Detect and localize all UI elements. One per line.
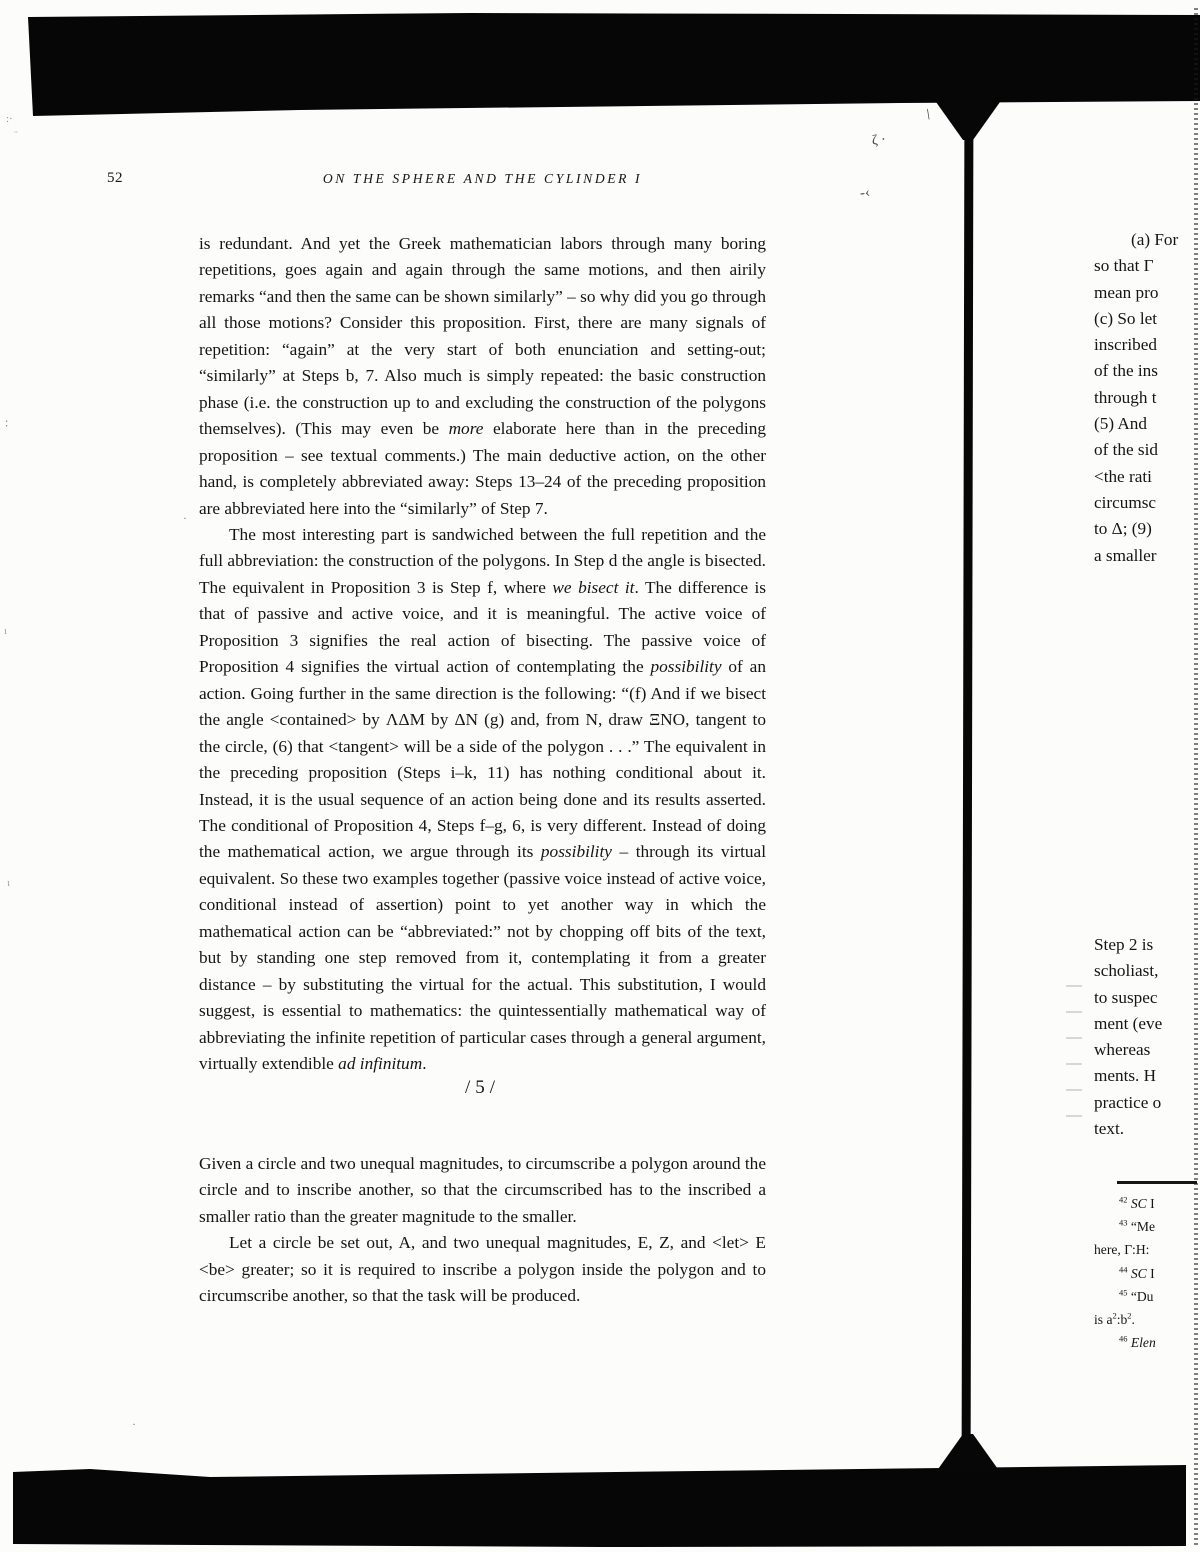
book-spine-shadow bbox=[962, 114, 974, 1470]
text-run: Given a circle and two unequal magnitude… bbox=[199, 1154, 766, 1226]
scan-black-bar-top bbox=[0, 0, 1200, 122]
text-run: Let a circle be set out, A, and two uneq… bbox=[199, 1233, 766, 1305]
text-line: inscribed bbox=[1094, 332, 1200, 358]
text-run: of an action. Going further in the same … bbox=[199, 657, 766, 861]
text-line: text. bbox=[1094, 1116, 1200, 1142]
text-line: mean pro bbox=[1094, 280, 1200, 306]
text-run: is redundant. And yet the Greek mathemat… bbox=[199, 234, 766, 438]
text-run: :b bbox=[1117, 1312, 1128, 1327]
text-run: I bbox=[1147, 1266, 1155, 1281]
italic-text-run: possibility bbox=[650, 657, 721, 676]
commentary-paragraph: The most interesting part is sandwiched … bbox=[199, 522, 766, 1078]
text-line: to Δ; (9) bbox=[1094, 516, 1200, 542]
scan-stray-mark: ¨ bbox=[14, 130, 18, 141]
text-line: 43 “Me bbox=[1094, 1215, 1200, 1238]
text-line: to suspec bbox=[1094, 985, 1200, 1011]
italic-text-run: ad infinitum bbox=[338, 1054, 422, 1073]
commentary-text-block: is redundant. And yet the Greek mathemat… bbox=[199, 231, 766, 1078]
scan-stray-mark: ı bbox=[4, 626, 7, 637]
book-spine-shadow-top-flare bbox=[936, 102, 1000, 140]
text-line: of the sid bbox=[1094, 437, 1200, 463]
text-line: (a) For bbox=[1094, 227, 1200, 253]
text-line: a smaller bbox=[1094, 543, 1200, 569]
italic-text-run: SC bbox=[1131, 1196, 1147, 1211]
running-header: ON THE SPHERE AND THE CYLINDER I bbox=[199, 171, 766, 187]
proposition-enunciation-paragraph: Given a circle and two unequal magnitude… bbox=[199, 1151, 766, 1230]
text-line: 45 “Du bbox=[1094, 1285, 1200, 1308]
facing-page-footnotes-fragment: 42 SC I43 “Mehere, Γ:H:44 SC I45 “Duis a… bbox=[1094, 1192, 1200, 1354]
text-run: . bbox=[1132, 1312, 1135, 1327]
scan-stray-mark: ζ · bbox=[871, 133, 886, 148]
scan-stray-mark: · bbox=[132, 1418, 136, 1430]
text-line: so that Γ bbox=[1094, 253, 1200, 279]
footnote-separator-rule bbox=[1117, 1181, 1197, 1184]
scanned-book-page: 52 ON THE SPHERE AND THE CYLINDER I is r… bbox=[0, 0, 1200, 1552]
text-line: 42 SC I bbox=[1094, 1192, 1200, 1215]
scan-stray-mark: \ bbox=[925, 108, 932, 123]
proposition-text-block: Given a circle and two unequal magnitude… bbox=[199, 1151, 766, 1310]
text-line: (5) And bbox=[1094, 411, 1200, 437]
italic-text-run: SC bbox=[1131, 1266, 1147, 1281]
text-line: is a2:b2. bbox=[1094, 1308, 1200, 1331]
page-number: 52 bbox=[107, 170, 123, 187]
italic-text-run: we bisect it bbox=[552, 578, 634, 597]
italic-text-run: possibility bbox=[541, 842, 612, 861]
scan-stray-mark: · bbox=[183, 512, 187, 524]
text-line: 44 SC I bbox=[1094, 1262, 1200, 1285]
text-line: 46 Elen bbox=[1094, 1331, 1200, 1354]
text-run: is a bbox=[1094, 1312, 1113, 1327]
scan-stray-mark: ∶ bbox=[5, 418, 8, 430]
italic-text-run: more bbox=[449, 419, 484, 438]
text-line: circumsc bbox=[1094, 490, 1200, 516]
text-run: “Me bbox=[1127, 1219, 1155, 1234]
text-run: I bbox=[1147, 1196, 1155, 1211]
text-line: ments. H bbox=[1094, 1063, 1200, 1089]
proposition-number-marker: /5/ bbox=[199, 1077, 766, 1099]
italic-text-run: Elen bbox=[1131, 1335, 1156, 1350]
text-run: – through its virtual equivalent. So the… bbox=[199, 842, 766, 1073]
text-line: practice o bbox=[1094, 1090, 1200, 1116]
text-line: through t bbox=[1094, 385, 1200, 411]
text-line: Step 2 is bbox=[1094, 932, 1200, 958]
text-line: ment (eve bbox=[1094, 1011, 1200, 1037]
facing-page-lower-fragment: Step 2 isscholiast,to suspecment (evewhe… bbox=[1094, 932, 1200, 1142]
commentary-paragraph: is redundant. And yet the Greek mathemat… bbox=[199, 231, 766, 522]
text-line: here, Γ:H: bbox=[1094, 1238, 1200, 1261]
proposition-setting-out-paragraph: Let a circle be set out, A, and two uneq… bbox=[199, 1230, 766, 1309]
ink-bleedthrough-marks bbox=[1066, 985, 1082, 1135]
book-spine-shadow-bottom-flare bbox=[936, 1434, 1000, 1472]
text-run: . bbox=[422, 1054, 426, 1073]
text-run: here, Γ:H: bbox=[1094, 1242, 1149, 1257]
text-line: of the ins bbox=[1094, 358, 1200, 384]
facing-page-upper-fragment: (a) Forso that Γmean pro(c) So letinscri… bbox=[1094, 227, 1200, 569]
scan-stray-mark: -‹ bbox=[859, 185, 871, 201]
scan-black-bar-bottom bbox=[0, 1452, 1200, 1552]
text-line: scholiast, bbox=[1094, 958, 1200, 984]
scan-stray-mark: ι bbox=[7, 878, 10, 889]
text-line: <the rati bbox=[1094, 464, 1200, 490]
text-line: (c) So let bbox=[1094, 306, 1200, 332]
scan-stray-mark: :· bbox=[6, 114, 13, 125]
text-run: “Du bbox=[1127, 1289, 1153, 1304]
text-line: whereas bbox=[1094, 1037, 1200, 1063]
